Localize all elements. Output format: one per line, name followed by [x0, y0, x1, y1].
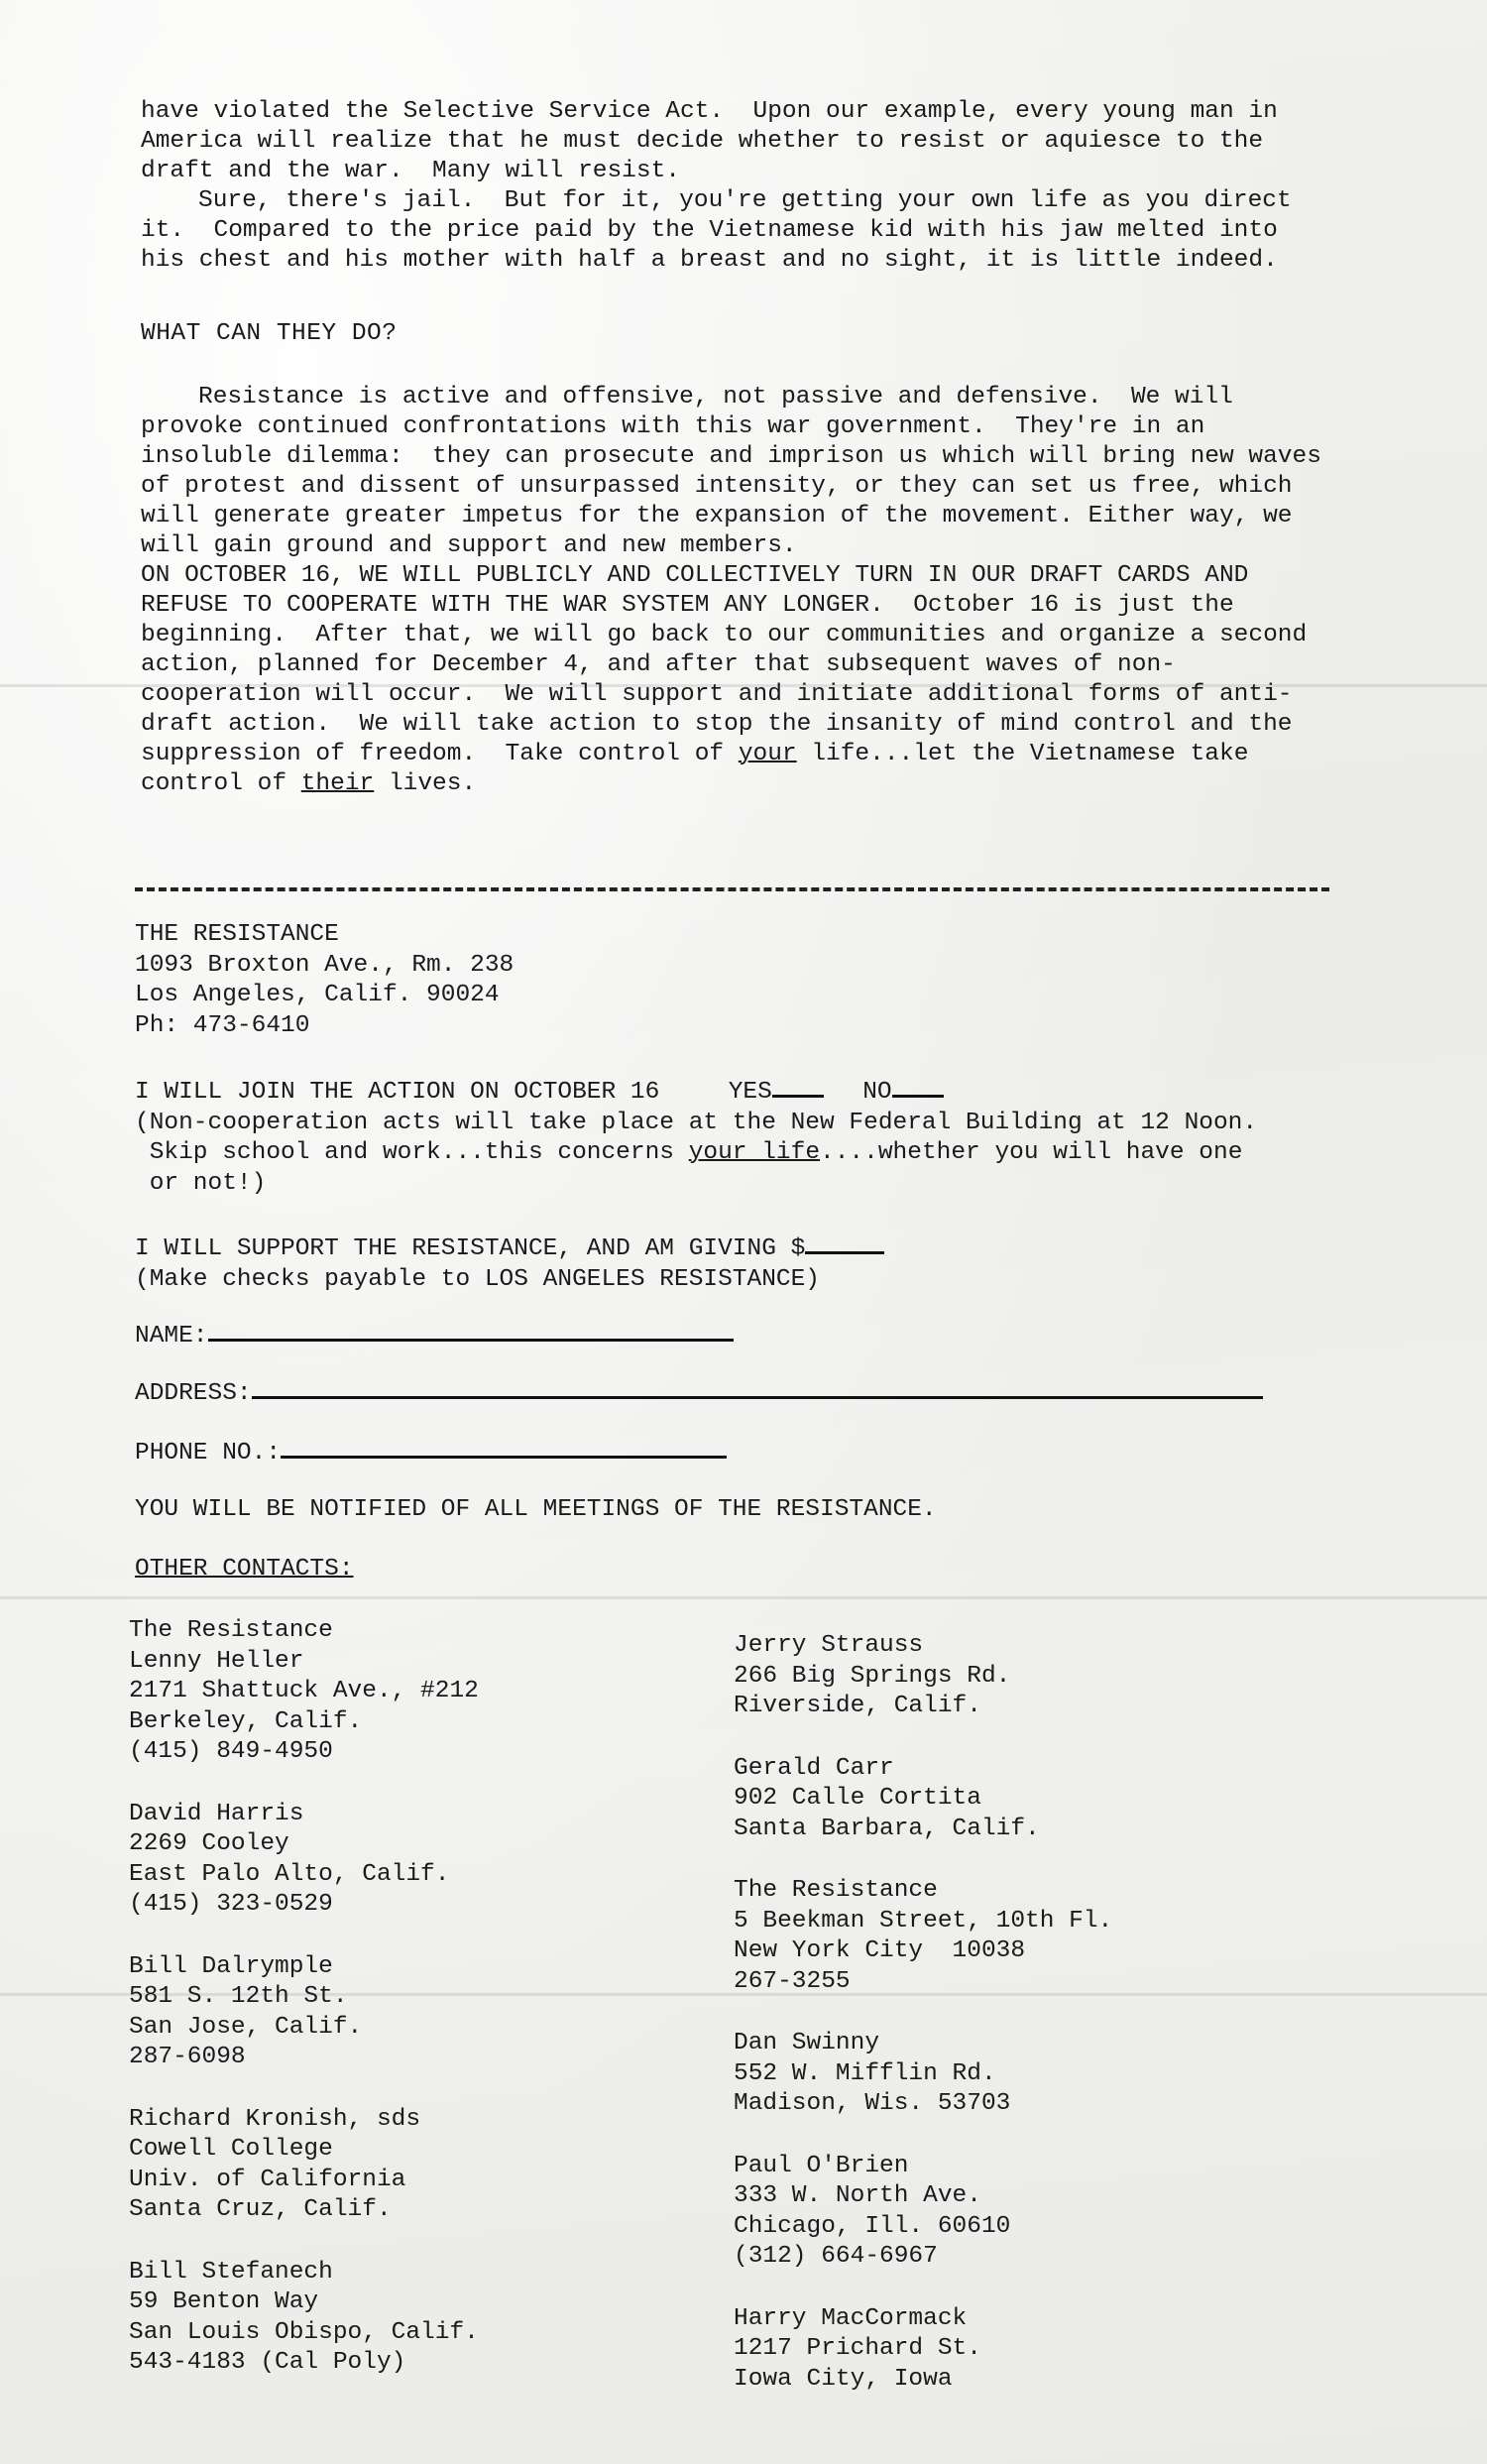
emphasis-their: their	[301, 770, 375, 797]
contact-detail: (415) 323-0529	[129, 1890, 479, 1921]
contact-detail: 267-3255	[734, 1967, 1112, 1998]
paragraph-resistance: Resistance is active and offensive, not …	[141, 383, 1330, 561]
name-label: NAME:	[135, 1323, 208, 1349]
contact-detail: Iowa City, Iowa	[734, 2365, 1112, 2396]
contact-name: Jerry Strauss	[734, 1631, 1112, 1662]
join-note-line2: Skip school and work...this concerns you…	[135, 1138, 1344, 1169]
organization-address-line2: Los Angeles, Calif. 90024	[135, 981, 514, 1011]
paragraph-resistance-text: Resistance is active and offensive, not …	[141, 384, 1336, 559]
checks-payable-note: (Make checks payable to LOS ANGELES RESI…	[135, 1265, 884, 1296]
join-note-line1: (Non-cooperation acts will take place at…	[135, 1109, 1344, 1139]
address-row: ADDRESS:	[135, 1374, 1263, 1410]
yes-checkbox-blank[interactable]	[772, 1073, 824, 1098]
contacts-left-column: The ResistanceLenny Heller2171 Shattuck …	[129, 1616, 479, 2410]
october-16-end: lives.	[374, 770, 476, 797]
contact-name: Bill Dalrymple	[129, 1952, 479, 1983]
paper-fold	[0, 1596, 1487, 1599]
join-note-text: Skip school and work...this concerns	[135, 1139, 689, 1166]
notification-note: YOU WILL BE NOTIFIED OF ALL MEETINGS OF …	[135, 1495, 937, 1526]
yes-label: YES	[729, 1079, 772, 1106]
contact-detail: 543-4183 (Cal Poly)	[129, 2348, 479, 2379]
organization-phone: Ph: 473-6410	[135, 1011, 514, 1042]
cut-line	[135, 887, 1329, 891]
emphasis-your-life: your life	[689, 1139, 820, 1166]
contact-detail: Cowell College	[129, 2135, 479, 2166]
contact-detail: 59 Benton Way	[129, 2288, 479, 2318]
support-row: I WILL SUPPORT THE RESISTANCE, AND AM GI…	[135, 1230, 884, 1265]
contact-entry: The ResistanceLenny Heller2171 Shattuck …	[129, 1616, 479, 1768]
contact-detail: 5 Beekman Street, 10th Fl.	[734, 1907, 1112, 1937]
section-heading-what-can-they-do: WHAT CAN THEY DO?	[141, 319, 1330, 349]
contact-name: The Resistance	[129, 1616, 479, 1647]
emphasis-your: your	[739, 741, 797, 767]
paragraph-jail-text: Sure, there's jail. But for it, you're g…	[141, 187, 1306, 274]
contact-detail: 1217 Prichard St.	[734, 2334, 1112, 2365]
support-form: I WILL SUPPORT THE RESISTANCE, AND AM GI…	[135, 1230, 884, 1295]
contact-detail: Lenny Heller	[129, 1647, 479, 1678]
phone-field[interactable]	[281, 1434, 727, 1459]
contact-name: David Harris	[129, 1800, 479, 1830]
contact-detail: Santa Barbara, Calif.	[734, 1815, 1112, 1845]
contact-name: Harry MacCormack	[734, 2304, 1112, 2335]
address-field[interactable]	[252, 1374, 1263, 1399]
contact-detail: Santa Cruz, Calif.	[129, 2195, 479, 2226]
contact-name: Dan Swinny	[734, 2029, 1112, 2059]
organization-address-line1: 1093 Broxton Ave., Rm. 238	[135, 951, 514, 982]
contact-detail: 287-6098	[129, 2043, 479, 2073]
contact-entry: The Resistance5 Beekman Street, 10th Fl.…	[734, 1876, 1112, 1997]
contact-detail: East Palo Alto, Calif.	[129, 1860, 479, 1891]
join-note-line3: or not!)	[135, 1169, 1344, 1200]
contact-detail: Madison, Wis. 53703	[734, 2089, 1112, 2120]
organization-name: THE RESISTANCE	[135, 920, 514, 951]
support-label: I WILL SUPPORT THE RESISTANCE, AND AM GI…	[135, 1235, 805, 1262]
contact-detail: 2171 Shattuck Ave., #212	[129, 1677, 479, 1707]
contacts-right-column: Jerry Strauss266 Big Springs Rd.Riversid…	[734, 1631, 1112, 2426]
join-action-row: I WILL JOIN THE ACTION ON OCTOBER 16 YES…	[135, 1073, 1344, 1109]
contact-entry: Dan Swinny552 W. Mifflin Rd.Madison, Wis…	[734, 2029, 1112, 2120]
contact-name: Paul O'Brien	[734, 2152, 1112, 2182]
join-note-text-end: ....whether you will have one	[820, 1139, 1242, 1166]
contact-detail: 2269 Cooley	[129, 1829, 479, 1860]
contact-detail: Riverside, Calif.	[734, 1692, 1112, 1722]
name-row: NAME:	[135, 1317, 734, 1352]
body-text: have violated the Selective Service Act.…	[141, 97, 1330, 799]
contact-detail: 333 W. North Ave.	[734, 2181, 1112, 2212]
contact-entry: Gerald Carr902 Calle CortitaSanta Barbar…	[734, 1754, 1112, 1845]
name-field[interactable]	[208, 1317, 734, 1342]
contact-entry: Bill Dalrymple581 S. 12th St.San Jose, C…	[129, 1952, 479, 2073]
contact-entry: David Harris2269 CooleyEast Palo Alto, C…	[129, 1800, 479, 1921]
contact-detail: (415) 849-4950	[129, 1737, 479, 1768]
contact-entry: Bill Stefanech59 Benton WaySan Louis Obi…	[129, 2258, 479, 2379]
contact-detail: San Louis Obispo, Calif.	[129, 2318, 479, 2349]
contact-detail: New York City 10038	[734, 1936, 1112, 1967]
address-label: ADDRESS:	[135, 1380, 252, 1407]
no-checkbox-blank[interactable]	[892, 1073, 944, 1098]
contact-detail: San Jose, Calif.	[129, 2013, 479, 2044]
paragraph-selective-service: have violated the Selective Service Act.…	[141, 97, 1330, 186]
contact-entry: Paul O'Brien333 W. North Ave.Chicago, Il…	[734, 2152, 1112, 2273]
contact-detail: 266 Big Springs Rd.	[734, 1662, 1112, 1693]
join-form: I WILL JOIN THE ACTION ON OCTOBER 16 YES…	[135, 1073, 1344, 1199]
paragraph-october-16: ON OCTOBER 16, WE WILL PUBLICLY AND COLL…	[141, 561, 1330, 799]
contact-detail: Chicago, Ill. 60610	[734, 2212, 1112, 2243]
contact-detail: 902 Calle Cortita	[734, 1784, 1112, 1815]
join-action-label: I WILL JOIN THE ACTION ON OCTOBER 16	[135, 1079, 659, 1106]
contact-entry: Richard Kronish, sdsCowell CollegeUniv. …	[129, 2105, 479, 2226]
paragraph-jail: Sure, there's jail. But for it, you're g…	[141, 186, 1330, 276]
contact-name: Gerald Carr	[734, 1754, 1112, 1785]
no-label: NO	[862, 1079, 891, 1106]
contact-detail: Berkeley, Calif.	[129, 1707, 479, 1738]
contact-detail: (312) 664-6967	[734, 2242, 1112, 2273]
contact-detail: 552 W. Mifflin Rd.	[734, 2059, 1112, 2090]
contact-name: The Resistance	[734, 1876, 1112, 1907]
organization-address: THE RESISTANCE 1093 Broxton Ave., Rm. 23…	[135, 920, 514, 1041]
other-contacts-heading: OTHER CONTACTS:	[135, 1555, 354, 1585]
phone-row: PHONE NO.:	[135, 1434, 727, 1469]
contact-detail: 581 S. 12th St.	[129, 1982, 479, 2013]
contact-detail: Univ. of California	[129, 2166, 479, 2196]
contact-name: Bill Stefanech	[129, 2258, 479, 2288]
contact-name: Richard Kronish, sds	[129, 2105, 479, 2136]
donation-amount-field[interactable]	[805, 1230, 884, 1254]
contact-entry: Jerry Strauss266 Big Springs Rd.Riversid…	[734, 1631, 1112, 1722]
phone-label: PHONE NO.:	[135, 1440, 281, 1467]
contact-entry: Harry MacCormack1217 Prichard St.Iowa Ci…	[734, 2304, 1112, 2396]
